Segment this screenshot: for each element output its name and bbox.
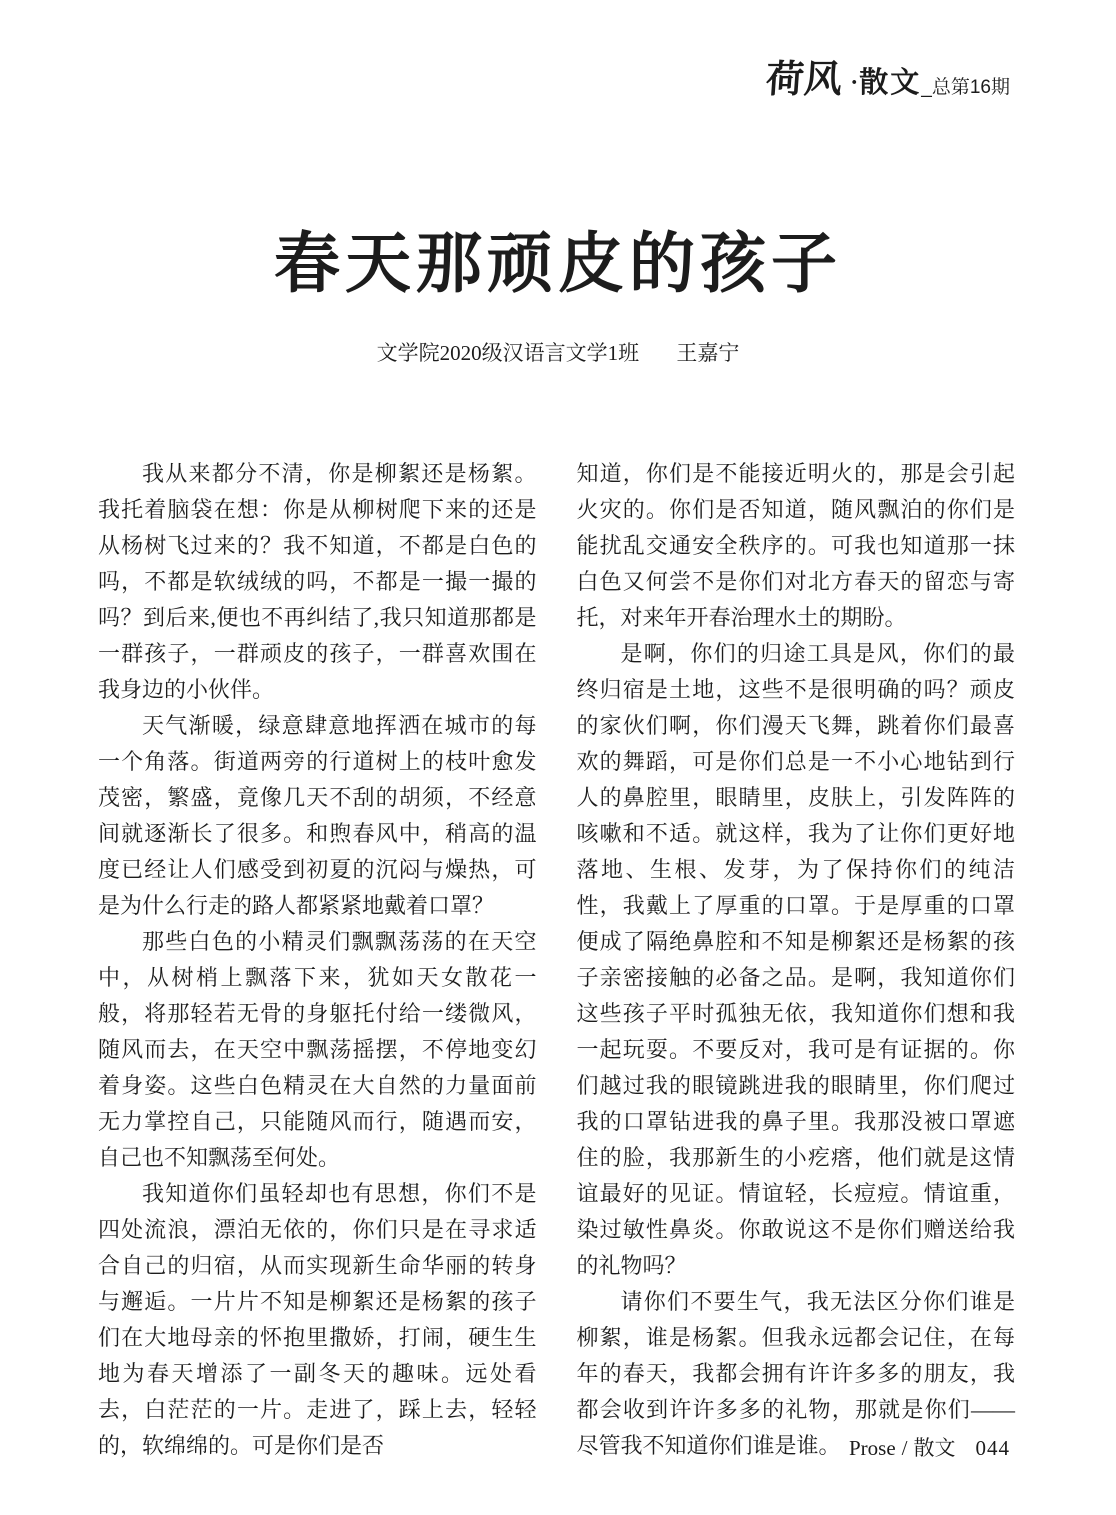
right-column: 知道，你们是不能接近明火的，那是会引起火灾的。你们是否知道，随风飘泊的你们是能扰… [577, 456, 1016, 1464]
page-header: 荷风 · 散文 _总第16期 [766, 60, 1010, 98]
article-title: 春天那顽皮的孩子 [0, 230, 1116, 296]
article-body: 我从来都分不清，你是柳絮还是杨絮。我托着脑袋在想：你是从柳树爬下来的还是从杨树飞… [98, 456, 1015, 1464]
footer-section-en: Prose [849, 1436, 896, 1461]
footer-section-zh: 散文 [914, 1436, 956, 1461]
magazine-brand-logo: 荷风 [765, 60, 844, 98]
article-byline: 文学院2020级汉语言文学1班 王嘉宁 [0, 340, 1116, 367]
paragraph-left-1: 我从来都分不清，你是柳絮还是杨絮。我托着脑袋在想：你是从柳树爬下来的还是从杨树飞… [98, 456, 537, 708]
magazine-section-name: 散文 [859, 69, 921, 98]
left-column: 我从来都分不清，你是柳絮还是杨絮。我托着脑袋在想：你是从柳树爬下来的还是从杨树飞… [98, 456, 537, 1464]
paragraph-right-1: 知道，你们是不能接近明火的，那是会引起火灾的。你们是否知道，随风飘泊的你们是能扰… [577, 456, 1016, 636]
page-number: 044 [976, 1436, 1011, 1461]
magazine-page: 荷风 · 散文 _总第16期 春天那顽皮的孩子 文学院2020级汉语言文学1班 … [0, 0, 1116, 1515]
issue-number: _总第16期 [921, 78, 1010, 97]
paragraph-left-2: 天气渐暖，绿意肆意地挥洒在城市的每一个角落。街道两旁的行道树上的枝叶愈发茂密，繁… [98, 708, 537, 924]
page-footer: Prose / 散文 044 [849, 1436, 1010, 1461]
author-name: 王嘉宁 [676, 341, 739, 365]
paragraph-left-4: 我知道你们虽轻却也有思想，你们不是四处流浪，漂泊无依的，你们只是在寻求适合自己的… [98, 1176, 537, 1464]
brand-separator-dot-icon: · [850, 71, 858, 95]
paragraph-right-2: 是啊，你们的归途工具是风，你们的最终归宿是土地，这些不是很明确的吗？顽皮的家伙们… [577, 636, 1016, 1284]
author-affiliation: 文学院2020级汉语言文学1班 [377, 341, 640, 365]
paragraph-left-3: 那些白色的小精灵们飘飘荡荡的在天空中，从树梢上飘落下来，犹如天女散花一般，将那轻… [98, 924, 537, 1176]
footer-separator: / [902, 1436, 908, 1461]
